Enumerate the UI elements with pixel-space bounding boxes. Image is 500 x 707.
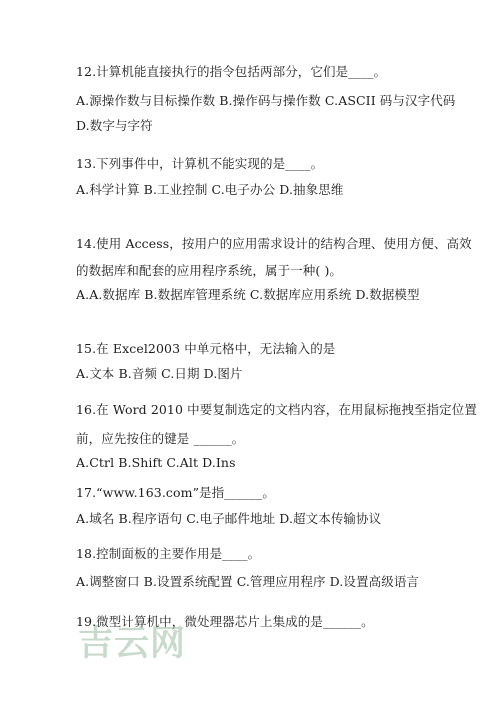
question-stem: 19.微型计算机中，微处理器芯片上集成的是______。 [76,614,374,630]
question-stem: 16.在 Word 2010 中要复制选定的文档内容，在用鼠标拖拽至指定位置 [76,402,477,418]
question-options: D.数字与字符 [76,118,153,134]
document-page: 12.计算机能直接执行的指令包括两部分，它们是____。 A.源操作数与目标操作… [0,0,500,707]
question-options: A.域名 B.程序语句 C.电子邮件地址 D.超文本传输协议 [76,511,381,527]
question-stem: 17.“www.163.com”是指______。 [76,485,275,501]
question-stem: 14.使用 Access，按用户的应用需求设计的结构合理、使用方便、高效 [76,236,472,252]
question-stem: 15.在 Excel2003 中单元格中，无法输入的是 [76,341,335,357]
question-stem: 12.计算机能直接执行的指令包括两部分，它们是____。 [76,64,386,80]
question-stem: 前，应先按住的键是 ______。 [76,431,244,447]
question-options: A.文本 B.音频 C.日期 D.图片 [76,366,243,382]
question-options: A.科学计算 B.工业控制 C.电子办公 D.抽象思维 [76,182,343,198]
question-options: A.调整窗口 B.设置系统配置 C.管理应用程序 D.设置高级语言 [76,574,419,590]
watermark-logo: 吉云网 [78,625,186,663]
question-options: A.源操作数与目标操作数 B.操作码与操作数 C.ASCII 码与汉字代码 [76,93,455,109]
question-options: A.A.数据库 B.数据库管理系统 C.数据库应用系统 D.数据模型 [76,287,420,303]
question-stem: 18.控制面板的主要作用是____。 [76,546,260,562]
question-stem: 13.下列事件中，计算机不能实现的是____。 [76,156,323,172]
question-options: A.Ctrl B.Shift C.Alt D.Ins [76,455,236,471]
question-stem: 的数据库和配套的应用程序系统，属于一种( )。 [76,263,342,279]
